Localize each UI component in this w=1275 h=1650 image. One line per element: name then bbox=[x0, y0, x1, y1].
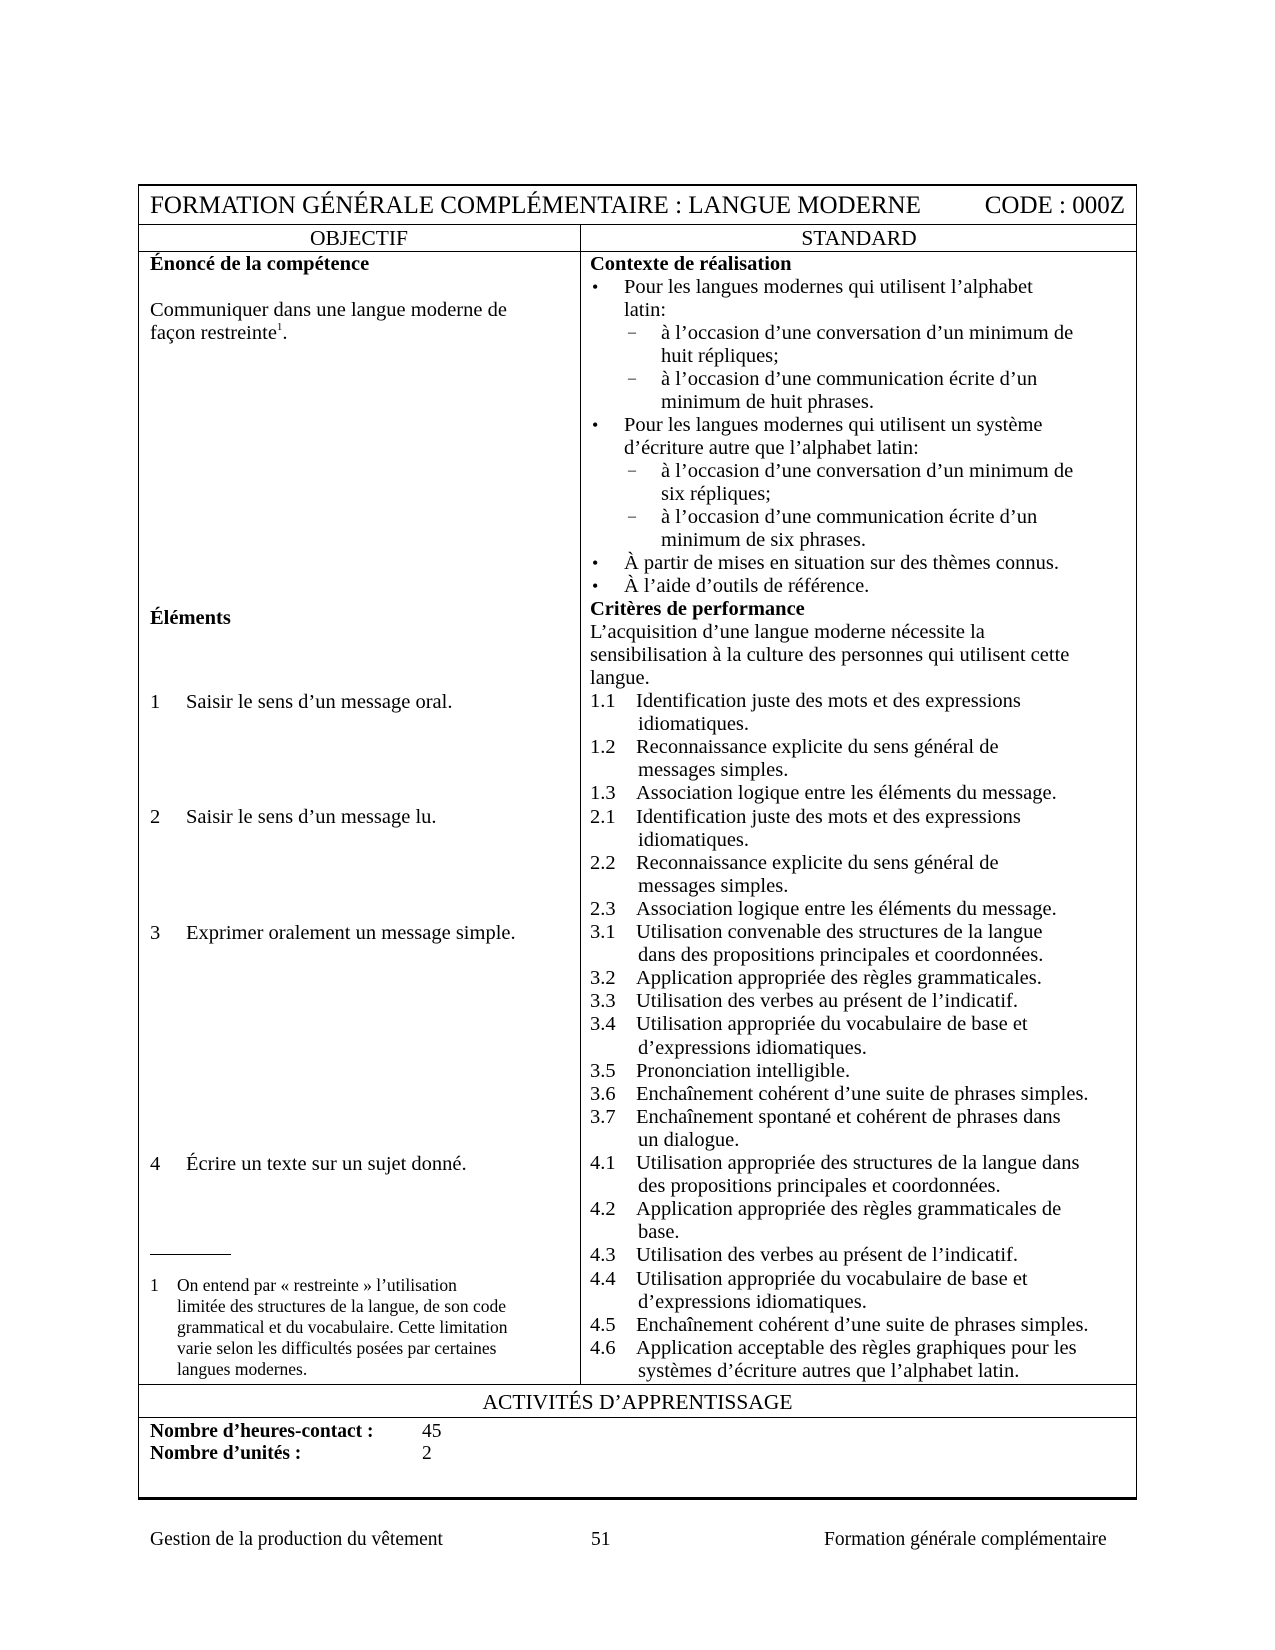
element-number: 2 bbox=[150, 806, 186, 829]
critere-line: d’expressions idiomatiques. bbox=[638, 1291, 867, 1314]
contexte-line: d’écriture autre que l’alphabet latin: bbox=[624, 437, 919, 460]
critere-text: Utilisation des verbes au présent de l’i… bbox=[636, 1244, 1018, 1266]
element-item: 1Saisir le sens d’un message oral. bbox=[150, 691, 452, 714]
critere-line: 4.4Utilisation appropriée du vocabulaire… bbox=[590, 1268, 1028, 1291]
contexte-line: latin: bbox=[624, 299, 666, 322]
critere-line: messages simples. bbox=[638, 875, 788, 898]
critere-line: 4.2Application appropriée des règles gra… bbox=[590, 1198, 1061, 1221]
activities-heading: ACTIVITÉS D’APPRENTISSAGE bbox=[138, 1389, 1137, 1415]
critere-text: Enchaînement cohérent d’une suite de phr… bbox=[636, 1083, 1089, 1105]
program-title: FORMATION GÉNÉRALE COMPLÉMENTAIRE : LANG… bbox=[150, 190, 921, 222]
element-text: Écrire un texte sur un sujet donné. bbox=[186, 1153, 467, 1175]
footnote-line: grammatical et du vocabulaire. Cette lim… bbox=[177, 1317, 507, 1338]
contexte-line: minimum de six phrases. bbox=[661, 529, 866, 552]
contact-hours-value: 45 bbox=[422, 1421, 442, 1443]
header-row-divider bbox=[138, 251, 1137, 252]
contexte-line: À l’aide d’outils de référence. bbox=[624, 575, 869, 598]
element-text: Exprimer oralement un message simple. bbox=[186, 922, 516, 944]
dash-icon: – bbox=[628, 370, 636, 388]
critere-number: 3.4 bbox=[590, 1013, 636, 1036]
dash-icon: – bbox=[628, 324, 636, 342]
element-number: 1 bbox=[150, 691, 186, 714]
critere-line: base. bbox=[638, 1221, 680, 1244]
critere-text: Utilisation appropriée du vocabulaire de… bbox=[636, 1013, 1028, 1035]
program-code: CODE : 000Z bbox=[985, 190, 1125, 222]
dash-icon: – bbox=[628, 462, 636, 480]
bullet-icon: • bbox=[592, 277, 598, 298]
critere-line: idiomatiques. bbox=[638, 713, 749, 736]
critere-line: 3.7Enchaînement spontané et cohérent de … bbox=[590, 1106, 1061, 1129]
criteres-heading: Critères de performance bbox=[590, 598, 805, 621]
table-title-row: FORMATION GÉNÉRALE COMPLÉMENTAIRE : LANG… bbox=[150, 190, 1125, 222]
criteres-intro-line: L’acquisition d’une langue moderne néces… bbox=[590, 621, 985, 644]
critere-line: idiomatiques. bbox=[638, 829, 749, 852]
title-row-divider bbox=[138, 224, 1137, 225]
contexte-line: à l’occasion d’une conversation d’un min… bbox=[661, 460, 1073, 483]
critere-number: 2.1 bbox=[590, 806, 636, 829]
critere-line: 3.5Prononciation intelligible. bbox=[590, 1060, 850, 1083]
critere-text: Application acceptable des règles graphi… bbox=[636, 1337, 1077, 1359]
elements-heading: Éléments bbox=[150, 607, 231, 630]
units-value: 2 bbox=[422, 1443, 432, 1465]
critere-line: 2.2Reconnaissance explicite du sens géné… bbox=[590, 852, 999, 875]
bullet-icon: • bbox=[592, 576, 598, 597]
critere-text: Prononciation intelligible. bbox=[636, 1060, 850, 1082]
column-header-objectif: OBJECTIF bbox=[138, 226, 580, 251]
critere-line: messages simples. bbox=[638, 759, 788, 782]
critere-number: 3.6 bbox=[590, 1083, 636, 1106]
contexte-line: à l’occasion d’une communication écrite … bbox=[661, 368, 1037, 391]
critere-number: 4.3 bbox=[590, 1244, 636, 1267]
footnote-line: limitée des structures de la langue, de … bbox=[177, 1296, 506, 1317]
critere-text: Utilisation appropriée du vocabulaire de… bbox=[636, 1268, 1028, 1290]
critere-line: des propositions principales et coordonn… bbox=[638, 1175, 1001, 1198]
critere-number: 3.5 bbox=[590, 1060, 636, 1083]
critere-line: 1.3Association logique entre les élément… bbox=[590, 782, 1057, 805]
contexte-line: Pour les langues modernes qui utilisent … bbox=[624, 276, 1033, 299]
units-label: Nombre d’unités : bbox=[150, 1443, 301, 1465]
critere-line: dans des propositions principales et coo… bbox=[638, 944, 1043, 967]
bullet-icon: • bbox=[592, 415, 598, 436]
critere-number: 3.7 bbox=[590, 1106, 636, 1129]
critere-text: Association logique entre les éléments d… bbox=[636, 898, 1057, 920]
contexte-line: six répliques; bbox=[661, 483, 771, 506]
footnote-separator bbox=[150, 1254, 231, 1255]
enonce-period: . bbox=[282, 322, 287, 344]
enonce-text-line1: Communiquer dans une langue moderne de bbox=[150, 299, 507, 322]
critere-text: Reconnaissance explicite du sens général… bbox=[636, 736, 999, 758]
critere-line: 3.2Application appropriée des règles gra… bbox=[590, 967, 1042, 990]
critere-line: d’expressions idiomatiques. bbox=[638, 1037, 867, 1060]
critere-number: 1.1 bbox=[590, 690, 636, 713]
element-text: Saisir le sens d’un message lu. bbox=[186, 806, 437, 828]
footnote-line: On entend par « restreinte » l’utilisati… bbox=[177, 1275, 457, 1296]
critere-line: 1.2Reconnaissance explicite du sens géné… bbox=[590, 736, 999, 759]
activities-top-divider bbox=[138, 1384, 1137, 1385]
footer-section-name: Formation générale complémentaire bbox=[824, 1528, 1107, 1552]
critere-number: 4.6 bbox=[590, 1337, 636, 1360]
contact-hours-label: Nombre d’heures-contact : bbox=[150, 1421, 374, 1443]
critere-number: 2.2 bbox=[590, 852, 636, 875]
critere-line: 4.1Utilisation appropriée des structures… bbox=[590, 1152, 1079, 1175]
critere-line: un dialogue. bbox=[638, 1129, 739, 1152]
critere-text: Utilisation convenable des structures de… bbox=[636, 921, 1042, 943]
footnote-line: langues modernes. bbox=[177, 1359, 307, 1380]
critere-text: Enchaînement cohérent d’une suite de phr… bbox=[636, 1314, 1089, 1336]
contexte-line: huit répliques; bbox=[661, 345, 779, 368]
critere-text: Reconnaissance explicite du sens général… bbox=[636, 852, 999, 874]
dash-icon: – bbox=[628, 508, 636, 526]
enonce-heading: Énoncé de la compétence bbox=[150, 253, 369, 276]
contexte-line: minimum de huit phrases. bbox=[661, 391, 874, 414]
critere-text: Enchaînement spontané et cohérent de phr… bbox=[636, 1106, 1061, 1128]
critere-number: 3.2 bbox=[590, 967, 636, 990]
footer-program-name: Gestion de la production du vêtement bbox=[150, 1528, 443, 1552]
critere-line: 2.3Association logique entre les élément… bbox=[590, 898, 1057, 921]
contexte-line: Pour les langues modernes qui utilisent … bbox=[624, 414, 1043, 437]
critere-line: 2.1Identification juste des mots et des … bbox=[590, 806, 1021, 829]
criteres-intro-line: sensibilisation à la culture des personn… bbox=[590, 644, 1069, 667]
footnote-number: 1 bbox=[150, 1275, 159, 1296]
critere-number: 1.2 bbox=[590, 736, 636, 759]
contexte-heading: Contexte de réalisation bbox=[590, 253, 792, 276]
critere-text: Utilisation appropriée des structures de… bbox=[636, 1152, 1079, 1174]
contexte-line: À partir de mises en situation sur des t… bbox=[624, 552, 1059, 575]
critere-text: Identification juste des mots et des exp… bbox=[636, 806, 1021, 828]
critere-text: Application appropriée des règles gramma… bbox=[636, 967, 1042, 989]
critere-line: systèmes d’écriture autres que l’alphabe… bbox=[638, 1360, 1019, 1383]
element-item: 4Écrire un texte sur un sujet donné. bbox=[150, 1153, 467, 1176]
critere-text: Association logique entre les éléments d… bbox=[636, 782, 1057, 804]
element-item: 3Exprimer oralement un message simple. bbox=[150, 922, 516, 945]
element-number: 4 bbox=[150, 1153, 186, 1176]
enonce-text-line2: façon restreinte1. bbox=[150, 322, 288, 345]
activities-bottom-divider bbox=[138, 1417, 1137, 1418]
critere-number: 4.1 bbox=[590, 1152, 636, 1175]
element-text: Saisir le sens d’un message oral. bbox=[186, 691, 452, 713]
critere-number: 4.2 bbox=[590, 1198, 636, 1221]
bullet-icon: • bbox=[592, 553, 598, 574]
critere-line: 1.1Identification juste des mots et des … bbox=[590, 690, 1021, 713]
enonce-text: façon restreinte bbox=[150, 322, 277, 344]
critere-number: 4.5 bbox=[590, 1314, 636, 1337]
critere-number: 3.1 bbox=[590, 921, 636, 944]
critere-line: 3.3Utilisation des verbes au présent de … bbox=[590, 990, 1018, 1013]
critere-line: 4.5Enchaînement cohérent d’une suite de … bbox=[590, 1314, 1089, 1337]
contexte-line: à l’occasion d’une conversation d’un min… bbox=[661, 322, 1073, 345]
element-number: 3 bbox=[150, 922, 186, 945]
critere-line: 3.4Utilisation appropriée du vocabulaire… bbox=[590, 1013, 1028, 1036]
critere-text: Identification juste des mots et des exp… bbox=[636, 690, 1021, 712]
page-number: 51 bbox=[591, 1528, 611, 1552]
critere-number: 4.4 bbox=[590, 1268, 636, 1291]
contexte-line: à l’occasion d’une communication écrite … bbox=[661, 506, 1037, 529]
critere-line: 4.3Utilisation des verbes au présent de … bbox=[590, 1244, 1018, 1267]
critere-text: Utilisation des verbes au présent de l’i… bbox=[636, 990, 1018, 1012]
critere-line: 3.1Utilisation convenable des structures… bbox=[590, 921, 1042, 944]
critere-number: 2.3 bbox=[590, 898, 636, 921]
column-header-standard: STANDARD bbox=[581, 226, 1137, 251]
element-item: 2Saisir le sens d’un message lu. bbox=[150, 806, 437, 829]
critere-line: 4.6Application acceptable des règles gra… bbox=[590, 1337, 1077, 1360]
critere-number: 1.3 bbox=[590, 782, 636, 805]
critere-text: Application appropriée des règles gramma… bbox=[636, 1198, 1061, 1220]
column-divider bbox=[580, 225, 581, 1385]
critere-number: 3.3 bbox=[590, 990, 636, 1013]
critere-line: 3.6Enchaînement cohérent d’une suite de … bbox=[590, 1083, 1089, 1106]
criteres-intro-line: langue. bbox=[590, 667, 650, 690]
footnote-line: varie selon les difficultés posées par c… bbox=[177, 1338, 496, 1359]
